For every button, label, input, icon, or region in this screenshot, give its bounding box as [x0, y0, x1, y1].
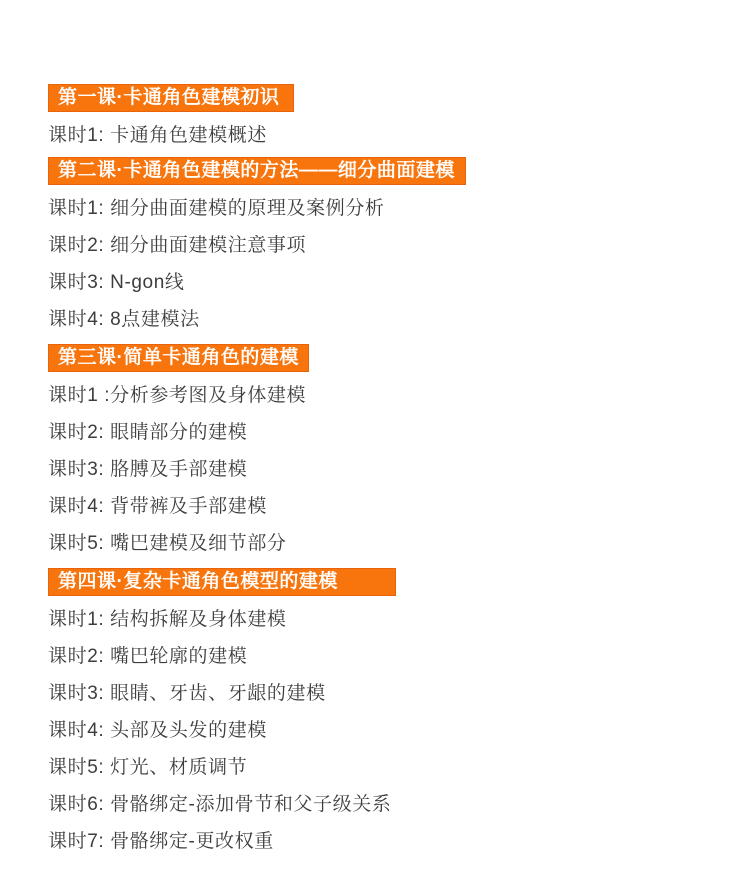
course-section-1: 第一课·卡通角色建模初识课时1: 卡通角色建模概述: [48, 84, 730, 154]
lesson-item: 课时4: 8点建模法: [48, 301, 730, 338]
section-title-bar: 第三课·简单卡通角色的建模: [48, 344, 309, 372]
lesson-item: 课时6: 骨骼绑定-添加骨节和父子级关系: [48, 786, 730, 823]
lesson-item: 课时1 :分析参考图及身体建模: [48, 377, 730, 414]
lesson-item: 课时1: 卡通角色建模概述: [48, 117, 730, 154]
lesson-list: 课时1: 细分曲面建模的原理及案例分析课时2: 细分曲面建模注意事项课时3: N…: [48, 190, 730, 338]
lesson-item: 课时4: 背带裤及手部建模: [48, 488, 730, 525]
lesson-list: 课时1 :分析参考图及身体建模课时2: 眼睛部分的建模课时3: 胳膊及手部建模课…: [48, 377, 730, 562]
section-title-bar: 第一课·卡通角色建模初识: [48, 84, 294, 112]
lesson-list: 课时1: 结构拆解及身体建模课时2: 嘴巴轮廓的建模课时3: 眼睛、牙齿、牙龈的…: [48, 601, 730, 860]
lesson-item: 课时5: 灯光、材质调节: [48, 749, 730, 786]
course-outline-page: { "page": { "type": "course-outline", "b…: [0, 0, 750, 888]
lesson-item: 课时2: 眼睛部分的建模: [48, 414, 730, 451]
section-title-bar: 第四课·复杂卡通角色模型的建模: [48, 568, 396, 596]
lesson-item: 课时5: 嘴巴建模及细节部分: [48, 525, 730, 562]
lesson-item: 课时4: 头部及头发的建模: [48, 712, 730, 749]
course-outline: 第一课·卡通角色建模初识课时1: 卡通角色建模概述第二课·卡通角色建模的方法——…: [0, 0, 750, 860]
lesson-item: 课时1: 细分曲面建模的原理及案例分析: [48, 190, 730, 227]
lesson-item: 课时3: 胳膊及手部建模: [48, 451, 730, 488]
lesson-item: 课时1: 结构拆解及身体建模: [48, 601, 730, 638]
lesson-item: 课时2: 细分曲面建模注意事项: [48, 227, 730, 264]
lesson-item: 课时3: N-gon线: [48, 264, 730, 301]
lesson-item: 课时2: 嘴巴轮廓的建模: [48, 638, 730, 675]
lesson-item: 课时7: 骨骼绑定-更改权重: [48, 823, 730, 860]
course-section-2: 第二课·卡通角色建模的方法——细分曲面建模课时1: 细分曲面建模的原理及案例分析…: [48, 157, 730, 338]
course-section-3: 第三课·简单卡通角色的建模课时1 :分析参考图及身体建模课时2: 眼睛部分的建模…: [48, 344, 730, 562]
section-title-bar: 第二课·卡通角色建模的方法——细分曲面建模: [48, 157, 466, 185]
lesson-item: 课时3: 眼睛、牙齿、牙龈的建模: [48, 675, 730, 712]
course-section-4: 第四课·复杂卡通角色模型的建模课时1: 结构拆解及身体建模课时2: 嘴巴轮廓的建…: [48, 568, 730, 860]
lesson-list: 课时1: 卡通角色建模概述: [48, 117, 730, 154]
